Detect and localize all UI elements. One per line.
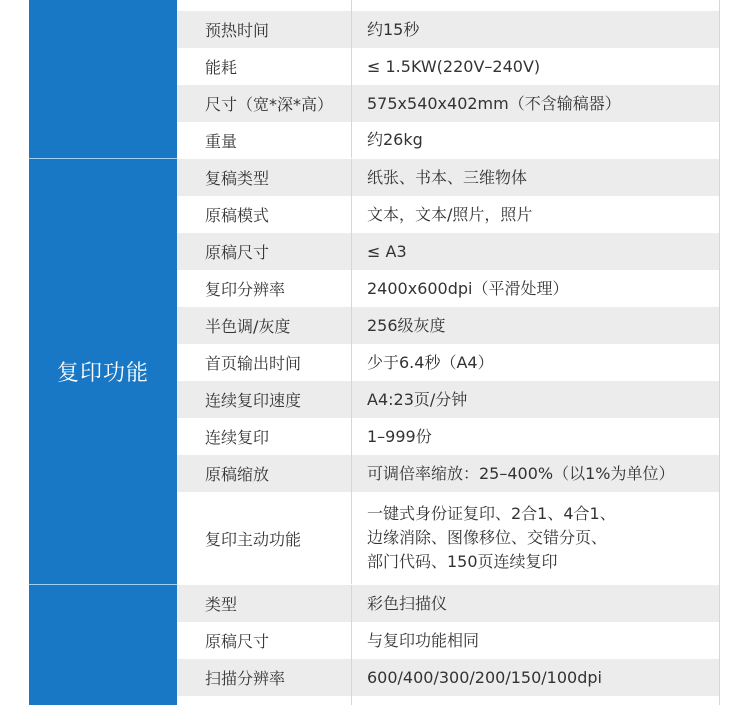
spec-key: 尺寸（宽*深*高） [177,85,352,122]
table-row: 原稿尺寸 ≤ A3 [177,233,719,270]
table-row: 复稿类型 纸张、书本、三维物体 [177,159,719,196]
spec-value-line: 一键式身份证复印、2合1、4合1、 [367,502,616,526]
spec-key: 预热时间 [177,11,352,48]
spec-value-line: 边缘消除、图像移位、交错分页、 [367,526,607,550]
spec-key: 复稿类型 [177,159,352,196]
table-row: 重量 约26kg [177,122,719,158]
spec-value [352,696,719,705]
spec-key: 能耗 [177,48,352,85]
section-label [29,0,177,158]
spec-value: 约15秒 [352,11,719,48]
spec-key: 扫描分辨率 [177,659,352,696]
section-label [29,585,177,705]
spec-key: 复印分辨率 [177,270,352,307]
section-general: 预热时间 约15秒 能耗 ≤ 1.5KW(220V–240V) 尺寸（宽*深*高… [29,0,719,158]
spec-value: 2400x600dpi（平滑处理） [352,270,719,307]
spec-value: 可调倍率缩放：25–400%（以1%为单位） [352,455,719,492]
spec-value: A4:23页/分钟 [352,381,719,418]
spec-key: 连续复印速度 [177,381,352,418]
table-row: 连续复印速度 A4:23页/分钟 [177,381,719,418]
spec-value: ≤ A3 [352,233,719,270]
table-row: 复印分辨率 2400x600dpi（平滑处理） [177,270,719,307]
spec-value: 与复印功能相同 [352,622,719,659]
table-row: 原稿模式 文本，文本/照片，照片 [177,196,719,233]
table-row: 首页输出时间 少于6.4秒（A4） [177,344,719,381]
table-row: 类型 彩色扫描仪 [177,585,719,622]
spec-value [352,0,719,11]
table-row: 尺寸（宽*深*高） 575x540x402mm（不含输稿器） [177,85,719,122]
spec-value: 少于6.4秒（A4） [352,344,719,381]
spec-value: 一键式身份证复印、2合1、4合1、 边缘消除、图像移位、交错分页、 部门代码、1… [352,492,719,584]
spec-key: 原稿模式 [177,196,352,233]
spec-value: 256级灰度 [352,307,719,344]
section-label: 复印功能 [29,159,177,584]
spec-key [177,0,352,11]
table-row [177,0,719,11]
spec-key [177,696,352,705]
spec-value: 文本，文本/照片，照片 [352,196,719,233]
spec-key: 半色调/灰度 [177,307,352,344]
spec-value: 575x540x402mm（不含输稿器） [352,85,719,122]
table-row: 复印主动功能 一键式身份证复印、2合1、4合1、 边缘消除、图像移位、交错分页、… [177,492,719,584]
table-row: 扫描分辨率 600/400/300/200/150/100dpi [177,659,719,696]
spec-value-line: 部门代码、150页连续复印 [367,550,558,574]
spec-key: 重量 [177,122,352,158]
spec-table: 预热时间 约15秒 能耗 ≤ 1.5KW(220V–240V) 尺寸（宽*深*高… [29,0,720,705]
spec-key: 原稿尺寸 [177,622,352,659]
spec-key: 原稿缩放 [177,455,352,492]
table-row [177,696,719,705]
table-row: 预热时间 约15秒 [177,11,719,48]
spec-value: 彩色扫描仪 [352,585,719,622]
spec-key: 复印主动功能 [177,492,352,584]
spec-value: 约26kg [352,122,719,158]
spec-key: 类型 [177,585,352,622]
section-scan-function: 类型 彩色扫描仪 原稿尺寸 与复印功能相同 扫描分辨率 600/400/300/… [29,585,719,705]
spec-value: 600/400/300/200/150/100dpi [352,659,719,696]
table-row: 连续复印 1–999份 [177,418,719,455]
spec-key: 首页输出时间 [177,344,352,381]
section-copy-function: 复印功能 复稿类型 纸张、书本、三维物体 原稿模式 文本，文本/照片，照片 原稿… [29,159,719,584]
spec-value: 纸张、书本、三维物体 [352,159,719,196]
table-row: 半色调/灰度 256级灰度 [177,307,719,344]
spec-key: 原稿尺寸 [177,233,352,270]
spec-key: 连续复印 [177,418,352,455]
table-row: 能耗 ≤ 1.5KW(220V–240V) [177,48,719,85]
table-row: 原稿缩放 可调倍率缩放：25–400%（以1%为单位） [177,455,719,492]
spec-value: ≤ 1.5KW(220V–240V) [352,48,719,85]
table-row: 原稿尺寸 与复印功能相同 [177,622,719,659]
spec-value: 1–999份 [352,418,719,455]
